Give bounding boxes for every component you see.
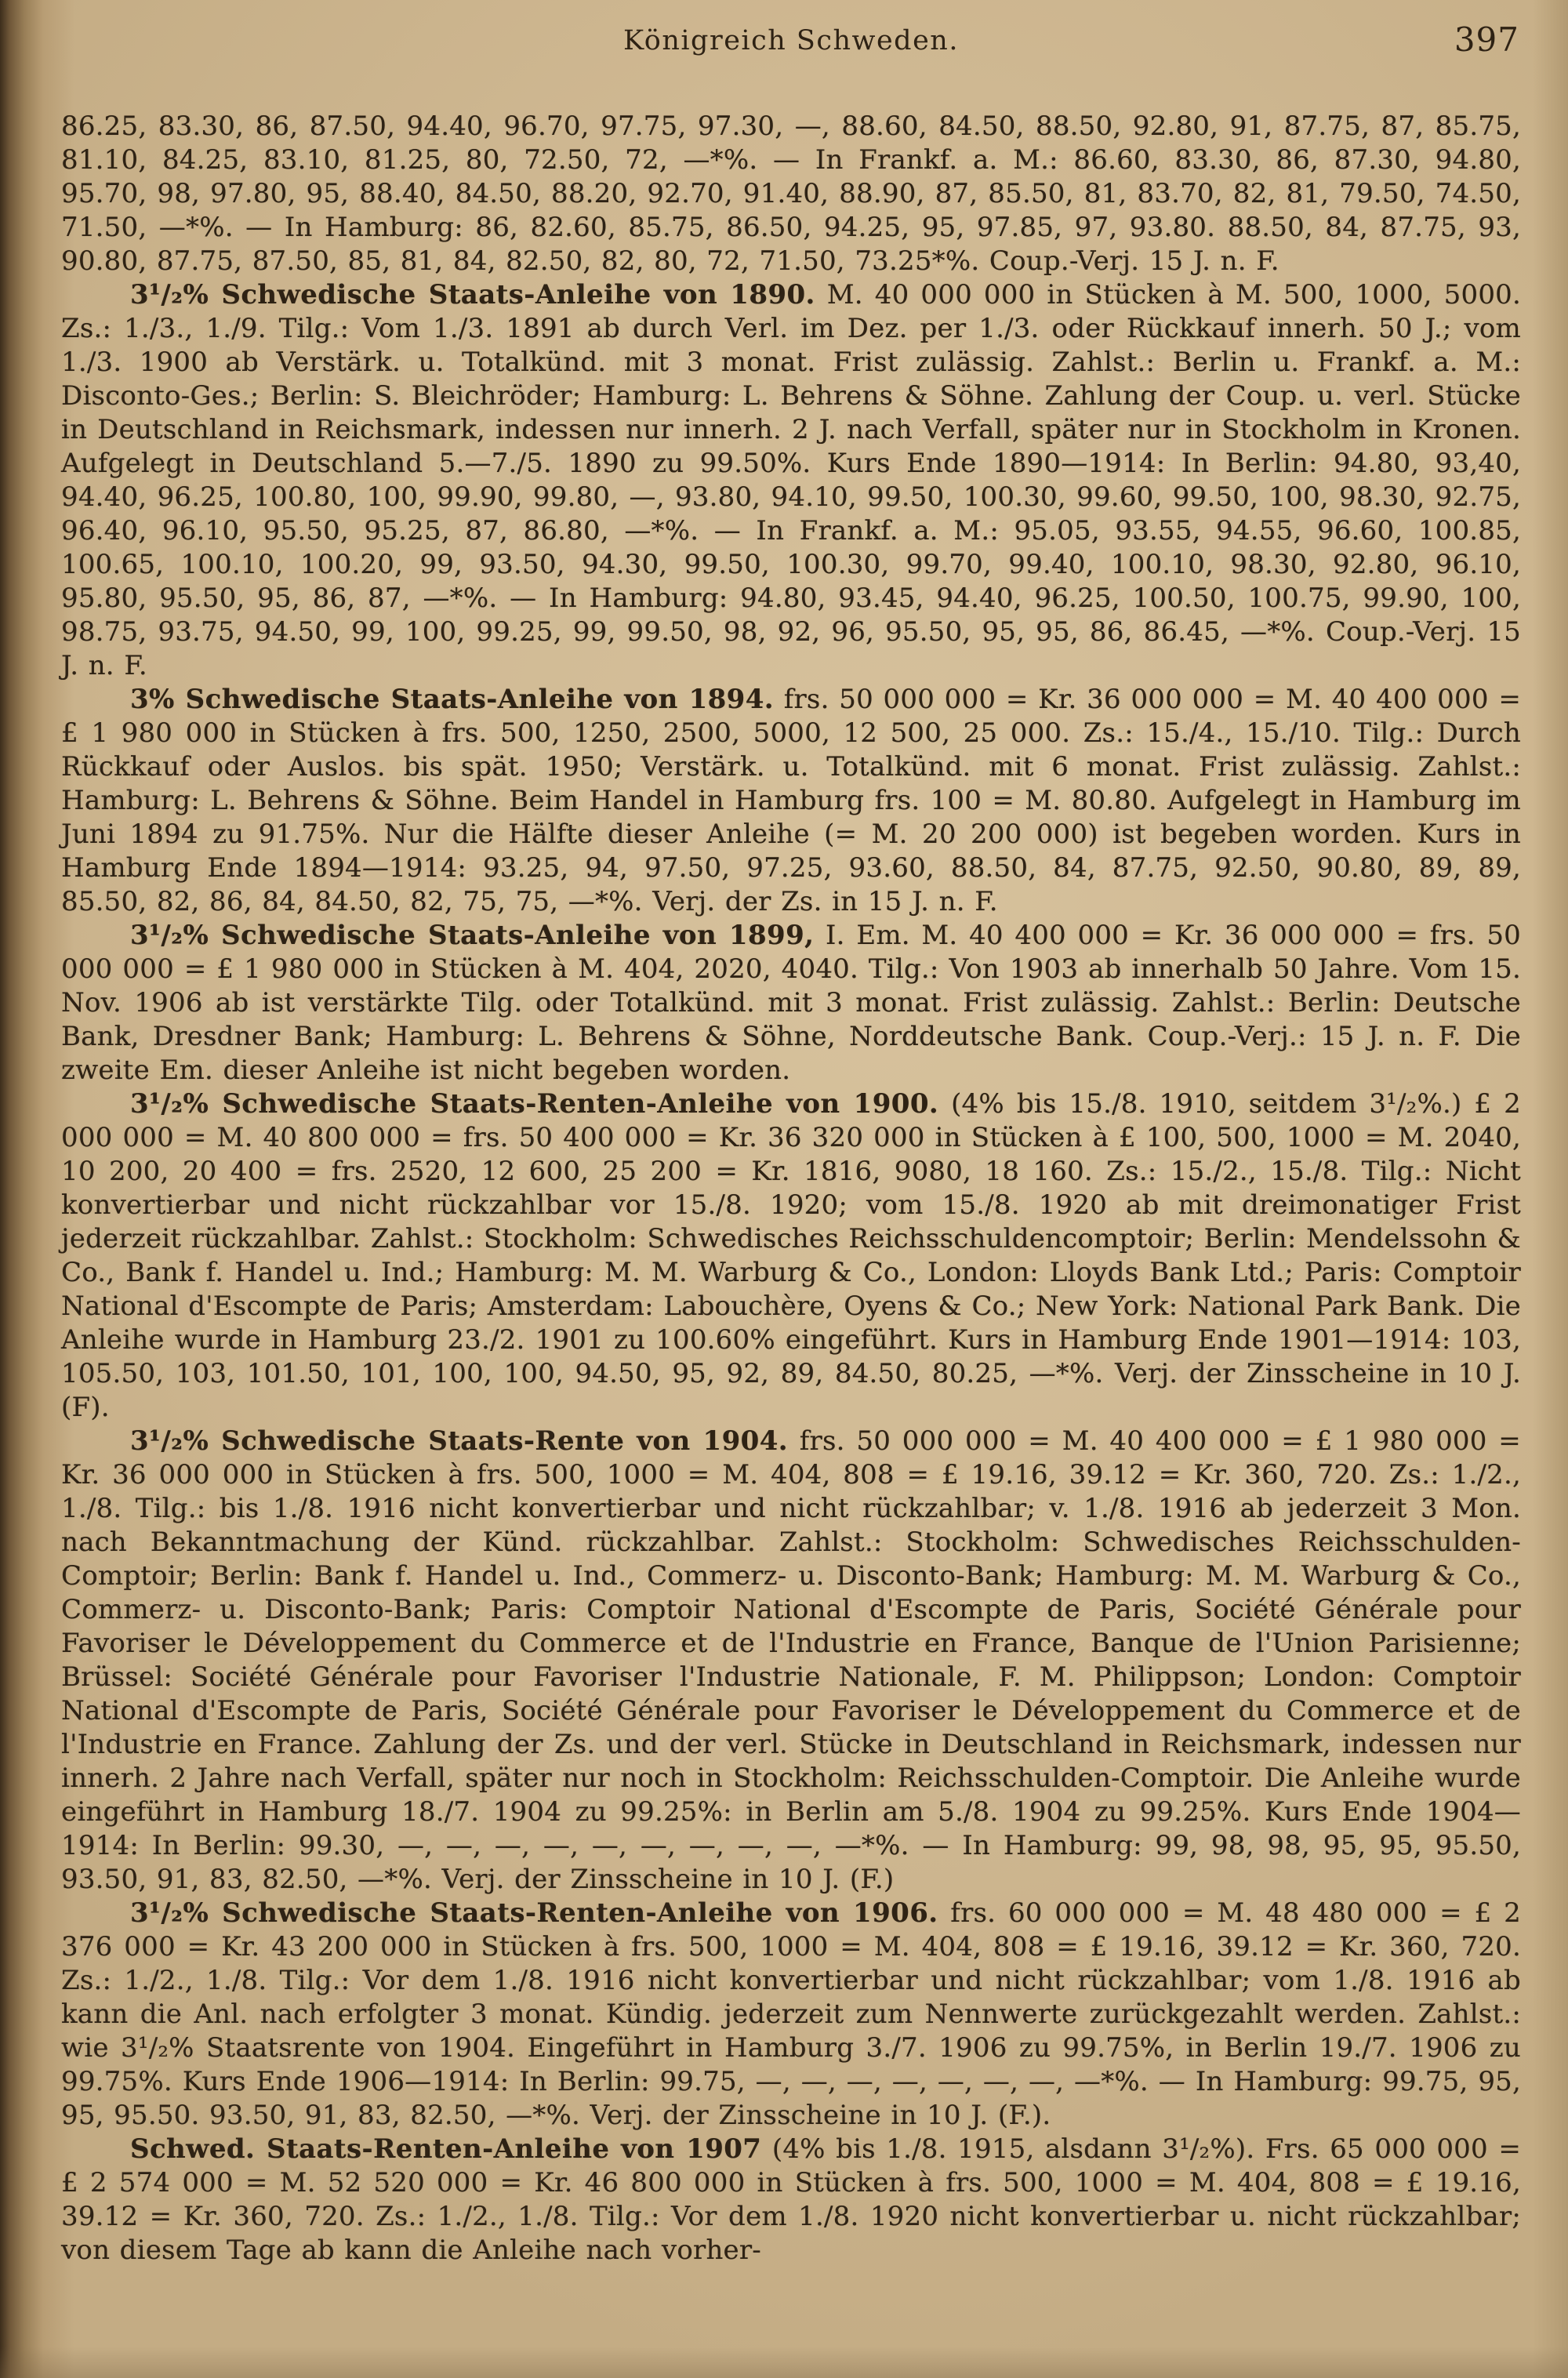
anleihe-1894: 3% Schwedische Staats-Anleihe von 1894. … xyxy=(61,683,1521,919)
bond-title: 3¹/₂% Schwedische Staats-Renten-Anleihe … xyxy=(130,1897,938,1929)
body-text: M. 40 000 000 in Stücken à M. 500, 1000,… xyxy=(61,279,1521,681)
book-page: Königreich Schweden. 397 86.25, 83.30, 8… xyxy=(0,0,1568,2378)
renten-anleihe-1907: Schwed. Staats-Renten-Anleihe von 1907 (… xyxy=(61,2133,1521,2267)
page-number: 397 xyxy=(1454,20,1519,59)
bond-title: Schwed. Staats-Renten-Anleihe von 1907 xyxy=(130,2133,761,2165)
bond-title: 3¹/₂% Schwedische Staats-Anleihe von 189… xyxy=(130,920,814,951)
bond-title: 3¹/₂% Schwedische Staats-Rente von 1904. xyxy=(130,1425,788,1457)
staats-rente-1904: 3¹/₂% Schwedische Staats-Rente von 1904.… xyxy=(61,1425,1521,1897)
renten-anleihe-1906: 3¹/₂% Schwedische Staats-Renten-Anleihe … xyxy=(61,1897,1521,2133)
text-block: 86.25, 83.30, 86, 87.50, 94.40, 96.70, 9… xyxy=(61,110,1521,2267)
page-edge-shadow xyxy=(1533,0,1568,2378)
renten-anleihe-1900: 3¹/₂% Schwedische Staats-Renten-Anleihe … xyxy=(61,1087,1521,1425)
body-text: frs. 50 000 000 = M. 40 400 000 = £ 1 98… xyxy=(61,1425,1521,1895)
kurs-continuation-paragraph: 86.25, 83.30, 86, 87.50, 94.40, 96.70, 9… xyxy=(61,110,1521,278)
body-text: (4% bis 15./8. 1910, seitdem 3¹/₂%.) £ 2… xyxy=(61,1088,1521,1423)
bond-title: 3% Schwedische Staats-Anleihe von 1894. xyxy=(130,684,774,715)
body-text: frs. 50 000 000 = Kr. 36 000 000 = M. 40… xyxy=(61,684,1521,917)
anleihe-1890: 3¹/₂% Schwedische Staats-Anleihe von 189… xyxy=(61,278,1521,683)
running-head: Königreich Schweden. 397 xyxy=(61,20,1521,64)
bond-title: 3¹/₂% Schwedische Staats-Anleihe von 189… xyxy=(130,279,815,310)
bond-title: 3¹/₂% Schwedische Staats-Renten-Anleihe … xyxy=(130,1088,938,1120)
anleihe-1899: 3¹/₂% Schwedische Staats-Anleihe von 189… xyxy=(61,919,1521,1087)
page-title: Königreich Schweden. xyxy=(623,25,959,56)
page-bottom-shadow xyxy=(0,2347,1568,2378)
body-text: 86.25, 83.30, 86, 87.50, 94.40, 96.70, 9… xyxy=(61,111,1521,277)
body-text: frs. 60 000 000 = M. 48 480 000 = £ 2 37… xyxy=(61,1897,1521,2131)
